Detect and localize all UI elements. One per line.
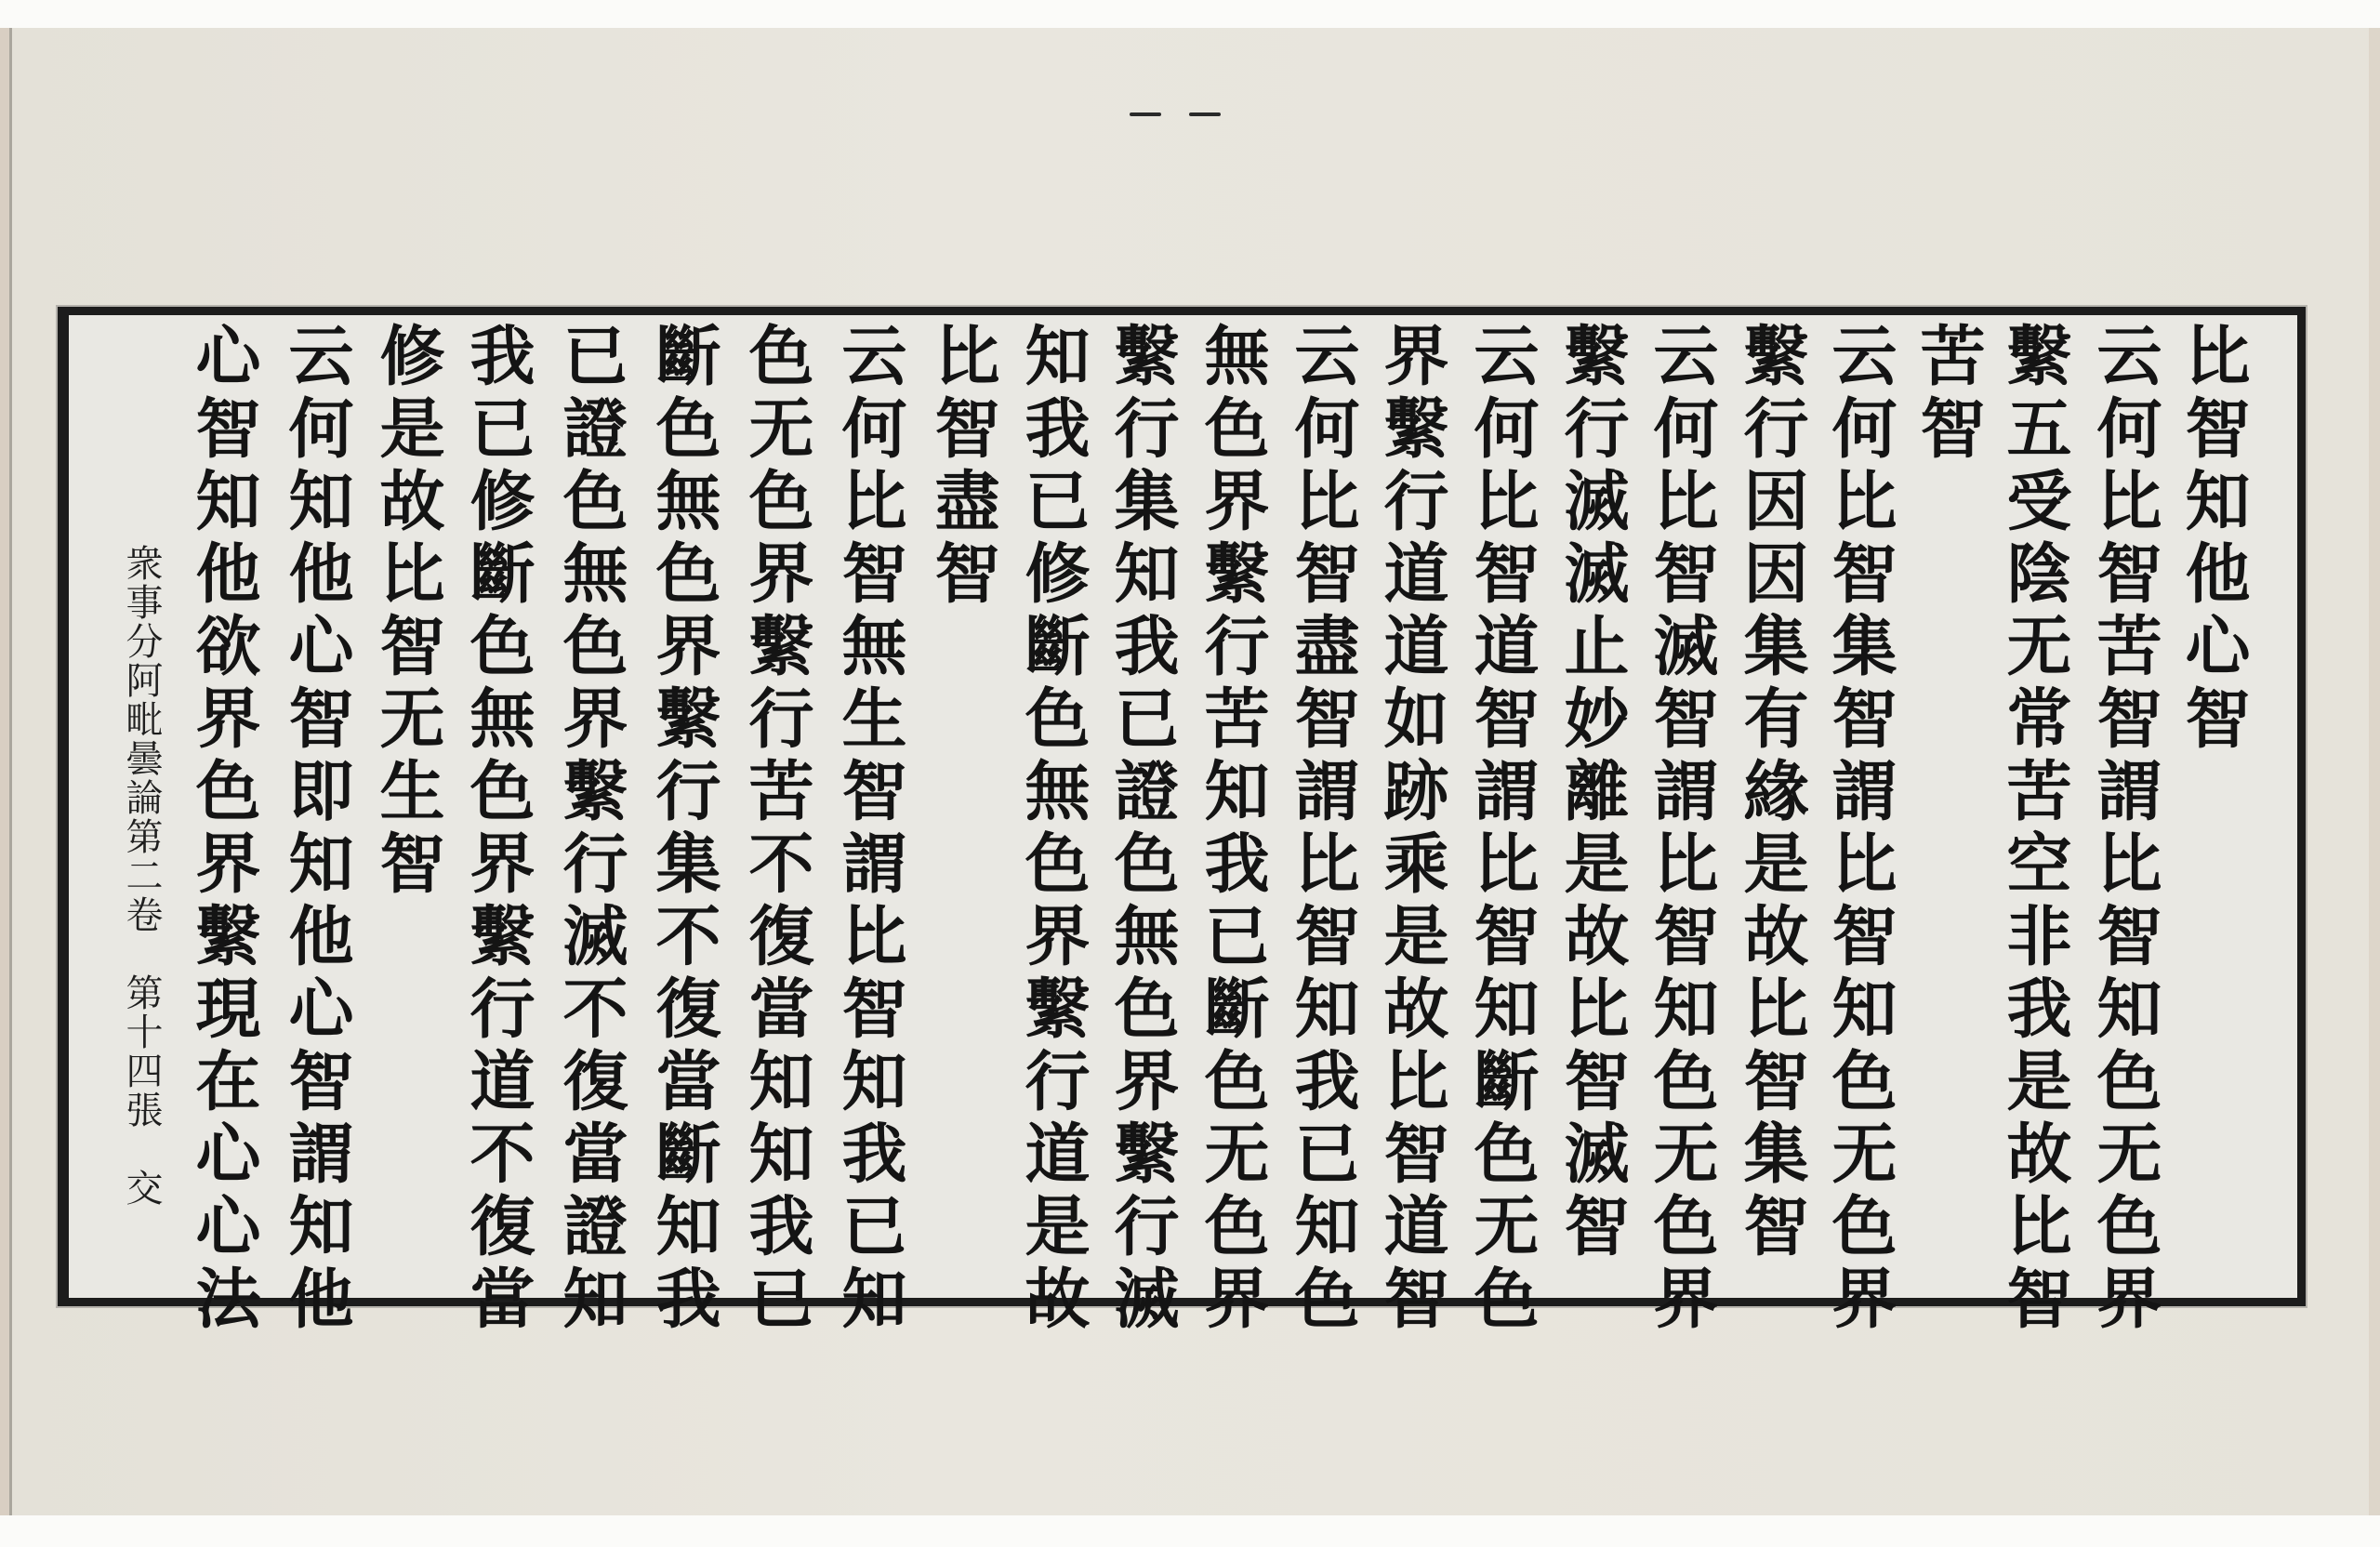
text-column-19: 已證色無色界繫行滅不復當證知 (553, 322, 628, 1337)
text-column-21: 修是故比智无生智 (370, 322, 444, 902)
top-mark (1189, 112, 1221, 116)
text-column-6: 繫行因因集有緣是故比智集智 (1734, 322, 1808, 1264)
text-column-12: 無色界繫行苦知我已斷色无色界 (1195, 322, 1269, 1337)
text-column-11: 云何比智盡智謂比智知我已知色 (1285, 322, 1359, 1337)
text-column-15: 比智盡智 (925, 322, 999, 612)
text-column-5: 云何比智集智謂比智知色无色界 (1822, 322, 1897, 1337)
right-page-edge (2369, 28, 2380, 1515)
text-column-22: 云何知他心智即知他心智謂知他 (279, 322, 353, 1337)
margin-note-title-page: 衆事分阿毗曇論第二卷 第十四張 交 (121, 544, 162, 1208)
text-column-10: 界繫行道道如跡乘是故比智道智 (1374, 322, 1448, 1337)
text-column-23: 心智知他欲界色界繫現在心心法 (186, 322, 260, 1337)
text-column-4: 苦智 (1911, 322, 1985, 467)
text-column-14: 知我已修斷色無色界繫行道是故 (1015, 322, 1090, 1337)
text-column-7: 云何比智滅智謂比智知色无色界 (1644, 322, 1718, 1337)
text-column-3: 繫五受陰无常苦空非我是故比智 (1997, 322, 2071, 1337)
text-column-16: 云何比智無生智謂比智知我已知 (832, 322, 906, 1337)
top-mark (1130, 112, 1161, 116)
top-marks (1130, 102, 1249, 120)
text-column-17: 色无色界繫行苦不復當知知我已 (739, 322, 813, 1337)
fold-line (9, 28, 12, 1515)
left-page-edge (0, 28, 9, 1515)
text-column-18: 斷色無色界繫行集不復當斷知我 (646, 322, 721, 1337)
text-column-1: 比智知他心智 (2175, 322, 2250, 757)
text-column-8: 繫行滅滅止妙離是故比智滅智 (1554, 322, 1629, 1264)
text-column-2: 云何比智苦智謂比智知色无色界 (2087, 322, 2162, 1337)
text-column-13: 繫行集知我已證色無色界繫行滅 (1104, 322, 1179, 1337)
text-column-20: 我已修斷色無色界繫行道不復當 (460, 322, 535, 1337)
text-column-9: 云何比智道智謂比智知斷色无色 (1464, 322, 1539, 1337)
